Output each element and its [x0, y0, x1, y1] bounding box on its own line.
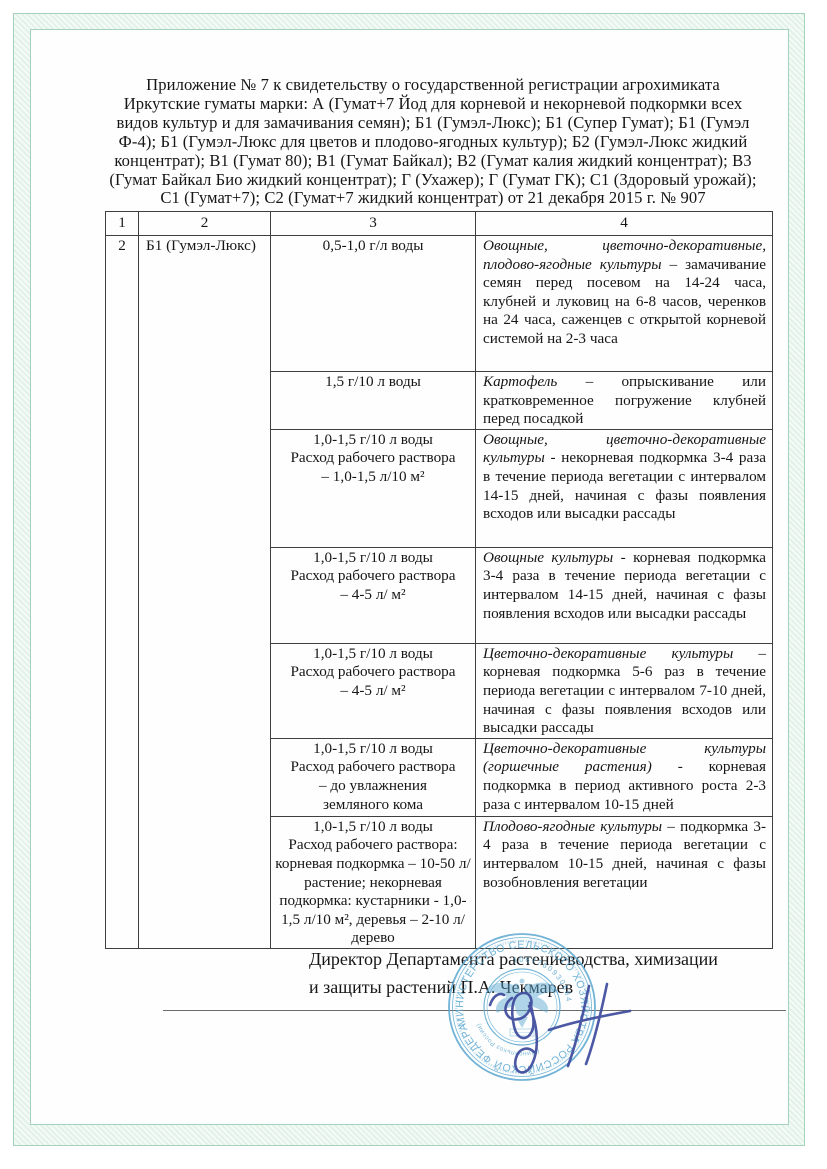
column-header-1: 1 — [106, 212, 139, 236]
dosage-cell: 1,0-1,5 г/10 л воды Расход рабочего раст… — [271, 429, 476, 547]
column-header-3: 3 — [271, 212, 476, 236]
crops-label: Плодово-ягодные культуры — [483, 818, 662, 835]
document-page: Приложение № 7 к свидетельству о государ… — [0, 0, 827, 1169]
document-title: Приложение № 7 к свидетельству о государ… — [93, 76, 773, 208]
crops-label: Цветочно-декоративные культуры — [483, 645, 733, 662]
table-header-row: 1 2 3 4 — [106, 212, 773, 236]
table-row: 2 Б1 (Гумэл-Люкс) 0,5-1,0 г/л воды Овощн… — [106, 236, 773, 372]
application-table: 1 2 3 4 2 Б1 (Гумэл-Люкс) 0,5-1,0 г/л во… — [105, 211, 773, 949]
dosage-cell: 1,0-1,5 г/10 л воды Расход рабочего раст… — [271, 738, 476, 816]
signature-stroke — [505, 993, 533, 1038]
signature-stroke — [586, 984, 607, 1064]
usage-cell: Картофель – опрыскивание или кратковреме… — [476, 372, 773, 430]
signature-stroke — [490, 994, 504, 1005]
column-header-4: 4 — [476, 212, 773, 236]
usage-cell: Цветочно-декоративные культуры – корнева… — [476, 643, 773, 738]
crops-label: Овощные культуры — [483, 549, 613, 566]
entry-number-cell: 2 — [106, 236, 139, 949]
signature-stroke — [568, 986, 589, 1066]
crops-label: Картофель — [483, 373, 557, 390]
usage-cell: Овощные, цветочно-декоративные, плодово-… — [476, 236, 773, 372]
signature-stroke — [549, 1011, 630, 1030]
usage-cell: Цветочно-декоративные культуры (горшечны… — [476, 738, 773, 816]
dosage-cell: 1,0-1,5 г/10 л воды Расход рабочего раст… — [271, 547, 476, 643]
dosage-cell: 1,5 г/10 л воды — [271, 372, 476, 430]
signature-ink — [440, 955, 660, 1085]
usage-cell: Овощные, цветочно-декоративные культуры … — [476, 429, 773, 547]
usage-cell: Овощные культуры - корневая подкормка 3-… — [476, 547, 773, 643]
column-header-2: 2 — [139, 212, 271, 236]
dosage-cell: 0,5-1,0 г/л воды — [271, 236, 476, 372]
dosage-cell: 1,0-1,5 г/10 л воды Расход рабочего раст… — [271, 643, 476, 738]
product-name-cell: Б1 (Гумэл-Люкс) — [139, 236, 271, 949]
